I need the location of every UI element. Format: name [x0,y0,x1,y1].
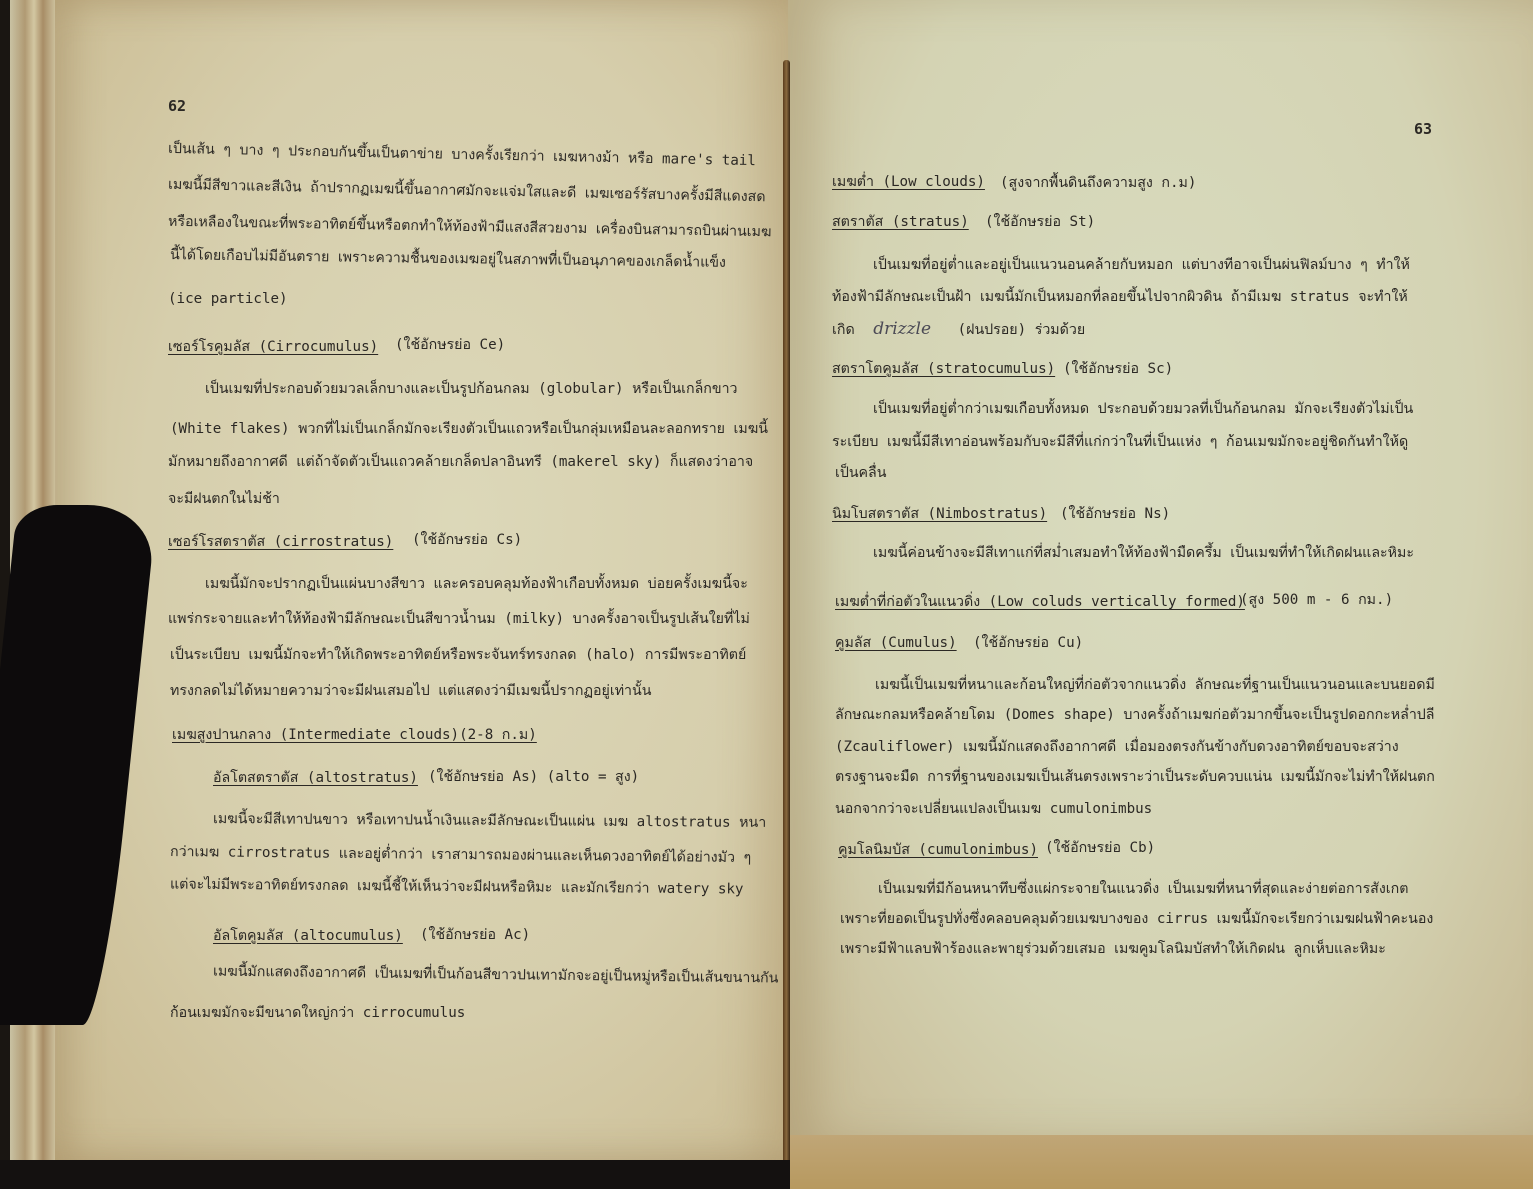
paragraph-line: (Zcauliflower) เมฆนี้มักแสดงถึงอากาศดี เ… [835,740,1399,754]
paragraph-line: เป็นเมฆที่มีก้อนหนาทึบซึ่งแผ่กระจายในแนว… [878,882,1408,896]
open-book-photo: 62 เป็นเส้น ๆ บาง ๆ ประกอบกันขึ้นเป็นตาข… [0,0,1533,1189]
abbrev-label: (ใช้อักษรย่อ St) [985,215,1095,229]
paragraph-line: เมฆนี้มักจะปรากฏเป็นแผ่นบางสีขาว และครอบ… [205,577,748,591]
paragraph-line: แพร่กระจายและทำให้ท้องฟ้ามีลักษณะเป็นสีข… [168,612,750,626]
abbrev-label: (ใช้อักษรย่อ Ce) [395,338,505,352]
paragraph-line: ลักษณะกลมหรือคล้ายโดม (Domes shape) บางค… [835,708,1435,722]
section-heading-cumulus: คูมลัส (Cumulus) [835,636,957,650]
paragraph-line: ก้อนเมฆมักจะมีขนาดใหญ่กว่า cirrocumulus [170,1006,465,1020]
paragraph-line: ทรงกลดไม่ได้หมายความว่าจะมีฝนเสมอไป แต่แ… [170,684,651,698]
right-page [788,0,1533,1140]
paragraph-line: เป็นเมฆที่อยู่ต่ำและอยู่เป็นแนวนอนคล้ายก… [873,258,1410,272]
book-gutter [783,60,790,1189]
paragraph-line: นอกจากว่าจะเปลี่ยนแปลงเป็นเมฆ cumulonimb… [835,802,1152,816]
section-heading-altocumulus: อัลโตคูมลัส (altocumulus) [213,929,403,943]
right-page-bottom-shadow [788,1135,1533,1189]
abbrev-label: (ใช้อักษรย่อ As) (alto = สูง) [428,770,639,784]
paragraph-line: เป็นระเบียบ เมฆนี้มักจะทำให้เกิดพระอาทิต… [170,648,746,662]
table-background [0,1160,790,1189]
abbrev-label: (ใช้อักษรย่อ Ac) [420,928,530,942]
paragraph-line: เมฆนี้จะมีสีเทาปนขาว หรือเทาปนน้ำเงินและ… [213,812,766,830]
abbrev-label: (ใช้อักษรย่อ Cb) [1045,841,1155,855]
line-suffix: (ฝนปรอย) ร่วมด้วย [958,322,1086,338]
paragraph-line: เกิด drizzle (ฝนปรอย) ร่วมด้วย [832,321,1085,338]
paragraph-line: (ice particle) [168,292,288,306]
paragraph-line: เป็นคลื่น [835,466,886,480]
paragraph-line: เมฆนี้ค่อนข้างจะมีสีเทาแก่ที่สม่ำเสมอทำใ… [873,546,1414,560]
section-heading-altostratus: อัลโตสตราตัส (altostratus) [213,771,418,785]
paragraph-line: ท้องฟ้ามีลักษณะเป็นฝ้า เมฆนี้มักเป็นหมอก… [832,290,1408,304]
section-heading-cirrocumulus: เซอร์โรคูมลัส (Cirrocumulus) [168,340,378,354]
paragraph-line: เมฆนี้เป็นเมฆที่หนาและก้อนใหญ่ที่ก่อตัวจ… [875,678,1435,692]
abbrev-label: (ใช้อักษรย่อ Cu) [973,636,1083,650]
abbrev-label: (ใช้อักษรย่อ Cs) [412,533,522,547]
section-note: (สูงจากพื้นดินถึงความสูง ก.ม) [1000,176,1196,190]
section-heading-cumulonimbus: คูมโลนิมบัส (cumulonimbus) [838,843,1038,857]
section-note: (สูง 500 m - 6 กม.) [1240,593,1393,607]
paragraph-line: มักหมายถึงอากาศดี แต่ถ้าจัดตัวเป็นแถวคล้… [168,455,753,469]
section-heading-cirrostratus: เซอร์โรสตราตัส (cirrostratus) [168,535,393,549]
page-number-right: 63 [1414,120,1432,138]
section-heading-stratocumulus: สตราโตคูมลัส (stratocumulus) [832,362,1055,376]
paragraph-line: เป็นเมฆที่อยู่ต่ำกว่าเมฆเกือบทั้งหมด ประ… [873,402,1413,416]
section-heading-low-clouds: เมฆต่ำ (Low clouds) [832,175,985,189]
paragraph-line: จะมีฝนตกในไม่ช้า [168,492,280,506]
section-heading-nimbostratus: นิมโบสตราตัส (Nimbostratus) [832,507,1047,521]
abbrev-label: (ใช้อักษรย่อ Sc) [1063,362,1173,376]
section-heading-stratus: สตราตัส (stratus) [832,215,969,229]
section-heading-intermediate-clouds: เมฆสูงปานกลาง (Intermediate clouds)(2-8 … [172,728,537,742]
paragraph-line: ตรงฐานจะมืด การที่ฐานของเมฆเป็นเส้นตรงเพ… [835,770,1435,784]
paragraph-line: ระเบียบ เมฆนี้มีสีเทาอ่อนพร้อมกับจะมีสีท… [832,435,1408,449]
paragraph-line: เพราะที่ยอดเป็นรูปทั่งซึ่งคลอบคลุมด้วยเม… [840,912,1433,926]
abbrev-label: (ใช้อักษรย่อ Ns) [1060,507,1170,521]
paragraph-line: (White flakes) พวกที่ไม่เป็นเกล็กมักจะเร… [170,422,768,436]
section-heading-vertical-clouds: เมฆต่ำที่ก่อตัวในแนวดิ่ง (Low coluds ver… [835,595,1245,609]
line-prefix: เกิด [832,322,855,338]
handwritten-annotation: drizzle [873,319,931,339]
paragraph-line: เพราะมีฟ้าแลบฟ้าร้องและพายุร่วมด้วยเสมอ … [840,942,1386,956]
paragraph-line: เป็นเมฆที่ประกอบด้วยมวลเล็กบางและเป็นรูป… [205,382,738,396]
page-number-left: 62 [168,97,186,115]
